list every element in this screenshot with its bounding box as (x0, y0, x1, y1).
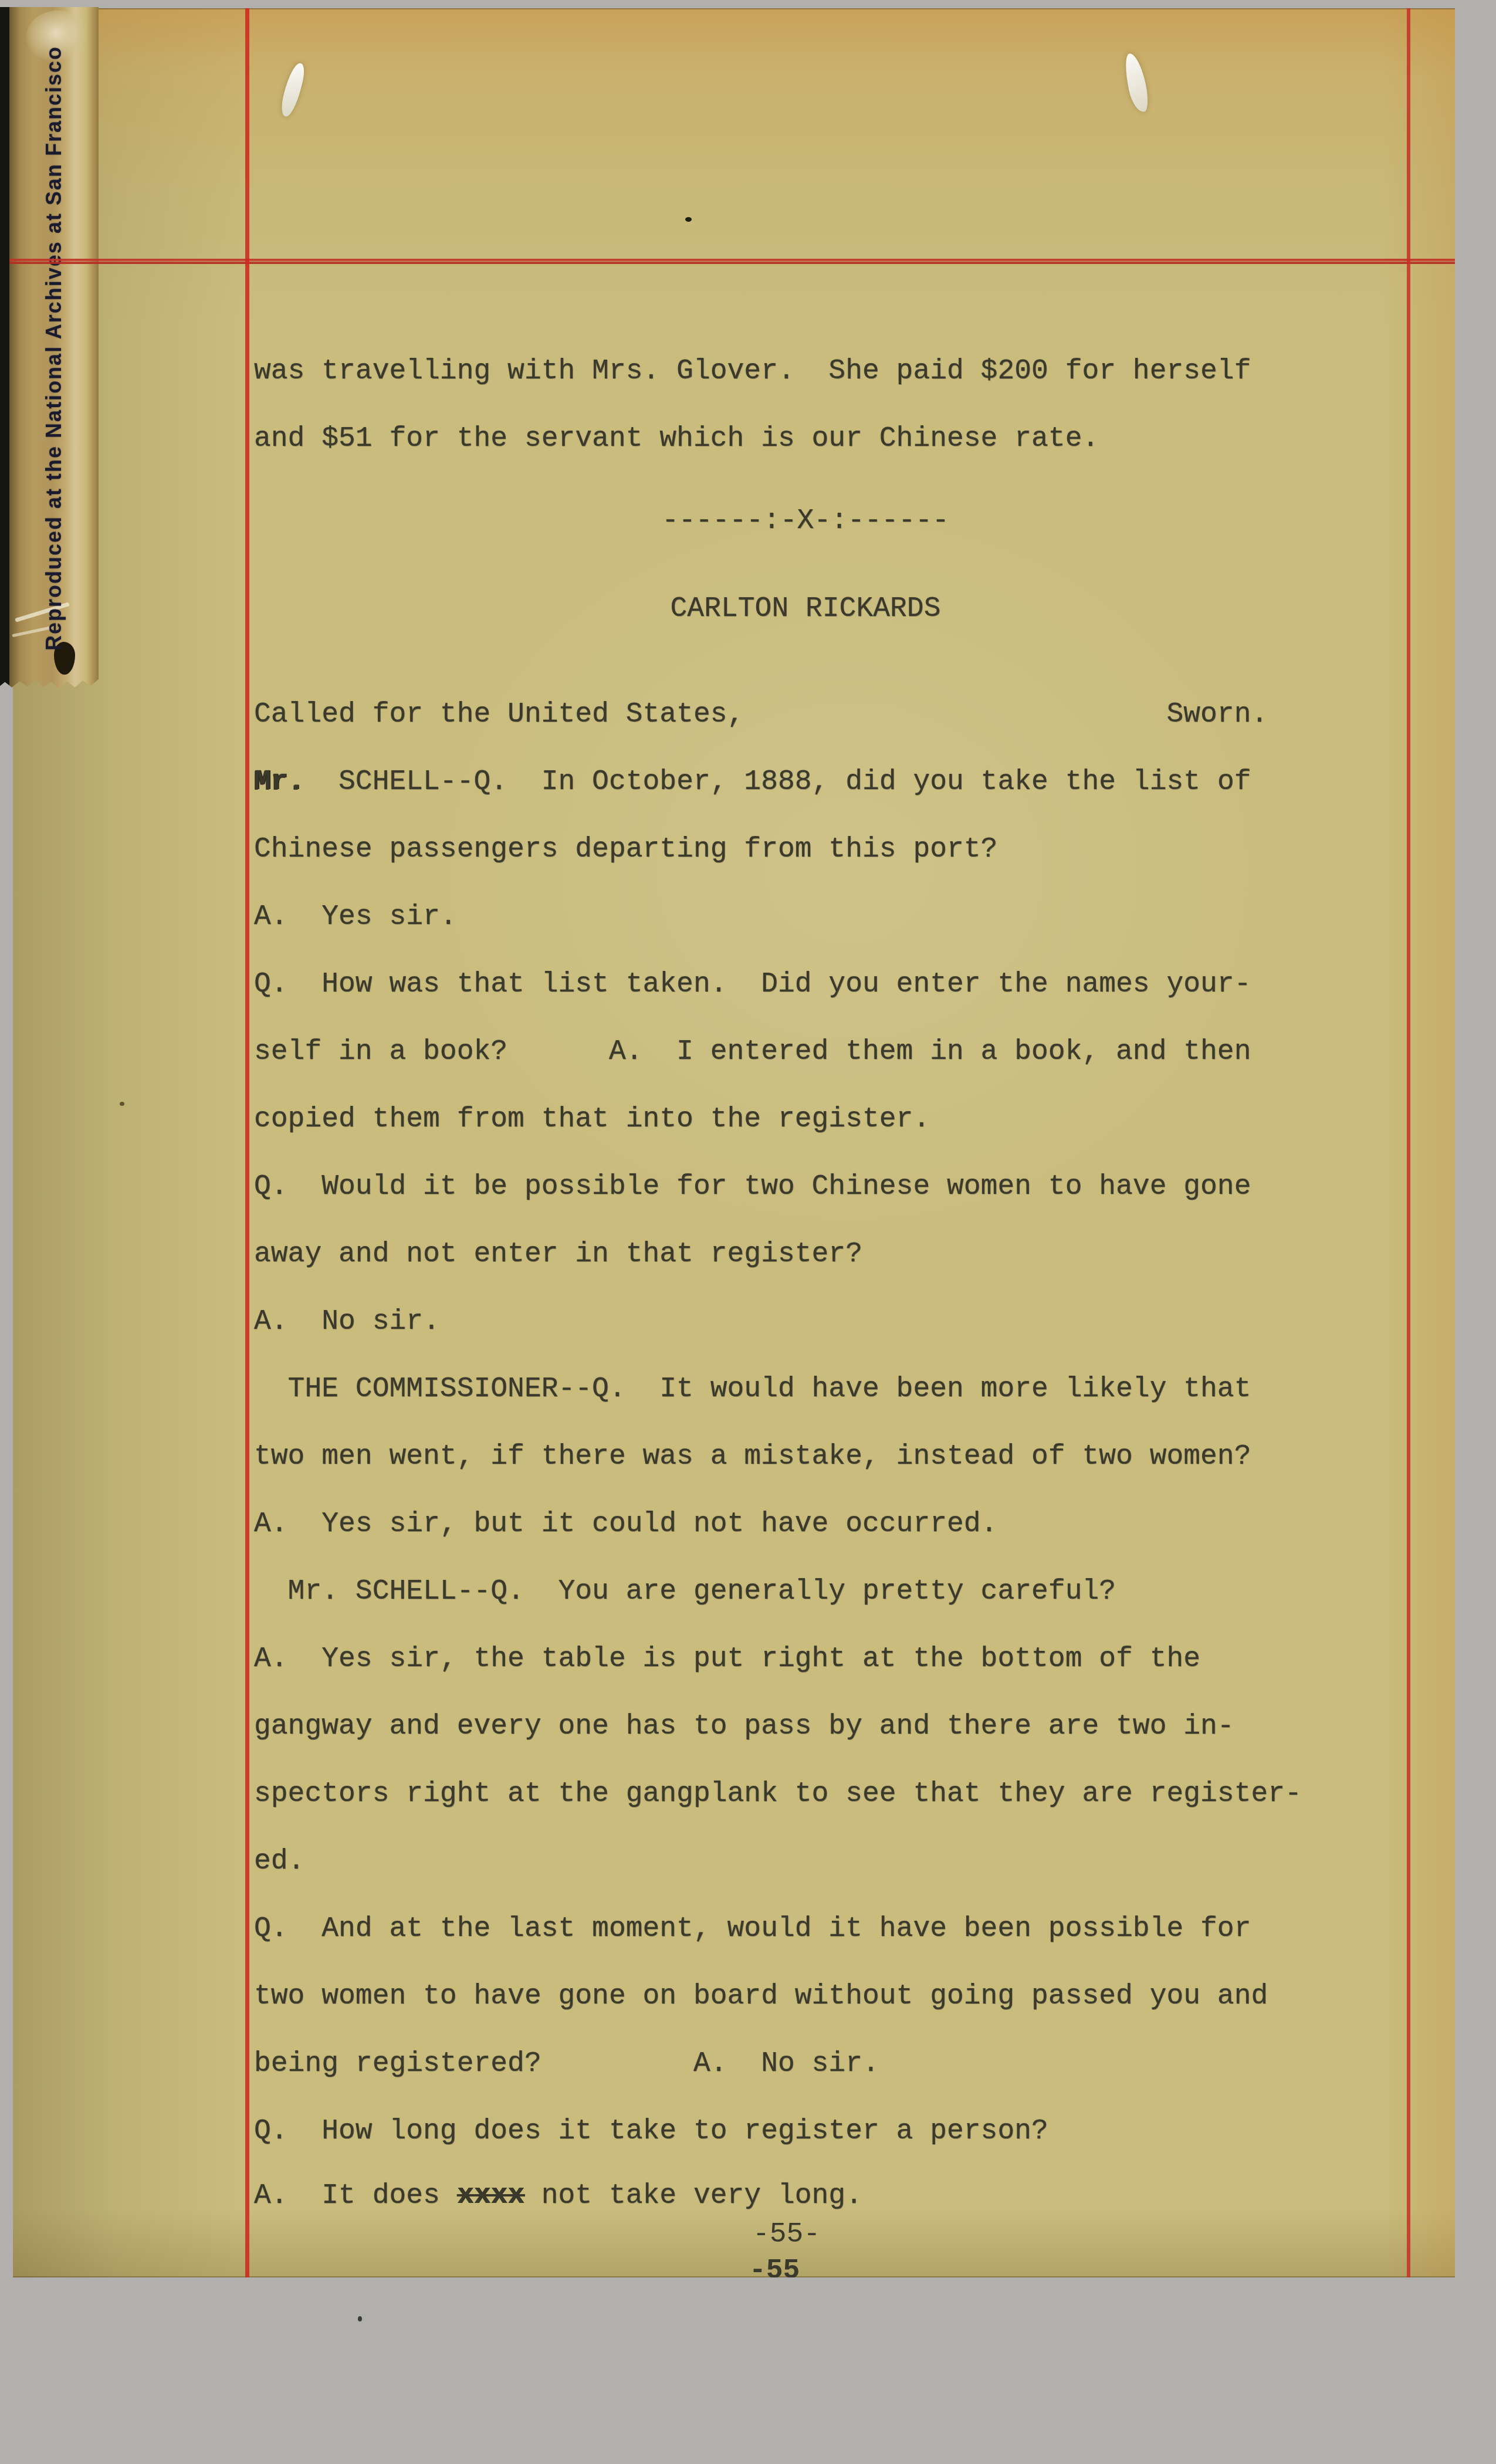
typed-line: A. Yes sir, but it could not have occurr… (254, 1508, 997, 1544)
typed-line: being registered? A. No sir. (254, 2048, 879, 2083)
witness-name-heading: CARLTON RICKARDS (254, 593, 1357, 628)
typed-line: was travelling with Mrs. Glover. She pai… (254, 356, 1251, 391)
typed-line: A. Yes sir. (254, 901, 457, 936)
typed-line: copied them from that into the register. (254, 1104, 930, 1139)
typed-line-rest: SCHELL--Q. In October, 1888, did you tak… (304, 766, 1251, 798)
red-left-margin-rule (245, 8, 249, 2277)
typed-line: Called for the United States, Sworn. (254, 699, 1268, 734)
typed-line: A. No sir. (254, 1306, 440, 1341)
typed-line: Mr. SCHELL--Q. In October, 1888, did you… (254, 766, 1251, 801)
typed-line: and $51 for the servant which is our Chi… (254, 423, 1099, 458)
typed-line: A. It does xxxx not take very long. (254, 2180, 862, 2215)
ink-speck (358, 2316, 362, 2321)
typed-line: THE COMMISSIONER--Q. It would have been … (254, 1373, 1251, 1409)
typed-line-part: A. It does (254, 2180, 457, 2212)
typed-line-part: not take very long. (524, 2180, 862, 2212)
red-right-margin-rule (1407, 8, 1410, 2277)
page-number-repeat: -55 (749, 2255, 800, 2277)
typed-line: Q. How long does it take to register a p… (254, 2116, 1048, 2151)
archives-stamp-text-wrap: Reproduced at the National Archives at S… (9, 7, 99, 689)
archives-stamp-strip: Reproduced at the National Archives at S… (0, 7, 99, 689)
typed-line: Q. How was that list taken. Did you ente… (254, 969, 1251, 1004)
typed-line: A. Yes sir, the table is put right at th… (254, 1643, 1200, 1678)
ink-speck (120, 1102, 124, 1106)
typed-line: Q. Would it be possible for two Chinese … (254, 1171, 1251, 1206)
typed-line: gangway and every one has to pass by and… (254, 1711, 1234, 1746)
typed-line: Q. And at the last moment, would it have… (254, 1913, 1251, 1948)
typed-line: Chinese passengers departing from this p… (254, 834, 997, 869)
overstruck-word: Mr. (254, 766, 304, 798)
typed-line: self in a book? A. I entered them in a b… (254, 1036, 1251, 1071)
archives-stamp-text: Reproduced at the National Archives at S… (42, 46, 66, 651)
document-paper: was travelling with Mrs. Glover. She pai… (13, 8, 1455, 2277)
struck-out-word: xxxx (457, 2180, 524, 2212)
typed-line: spectors right at the gangplank to see t… (254, 1778, 1302, 1813)
section-separator: ------:-X-:------ (254, 505, 1357, 540)
typed-line: ed. (254, 1846, 304, 1881)
typed-line: away and not enter in that register? (254, 1238, 862, 1274)
page-number: -55- (753, 2219, 820, 2250)
typed-text-block: was travelling with Mrs. Glover. She pai… (254, 8, 1357, 2277)
scanned-transcript-page: was travelling with Mrs. Glover. She pai… (0, 0, 1496, 2464)
typed-line: two men went, if there was a mistake, in… (254, 1441, 1251, 1476)
typed-line: two women to have gone on board without … (254, 1981, 1268, 2016)
typed-line: Mr. SCHELL--Q. You are generally pretty … (254, 1576, 1116, 1611)
